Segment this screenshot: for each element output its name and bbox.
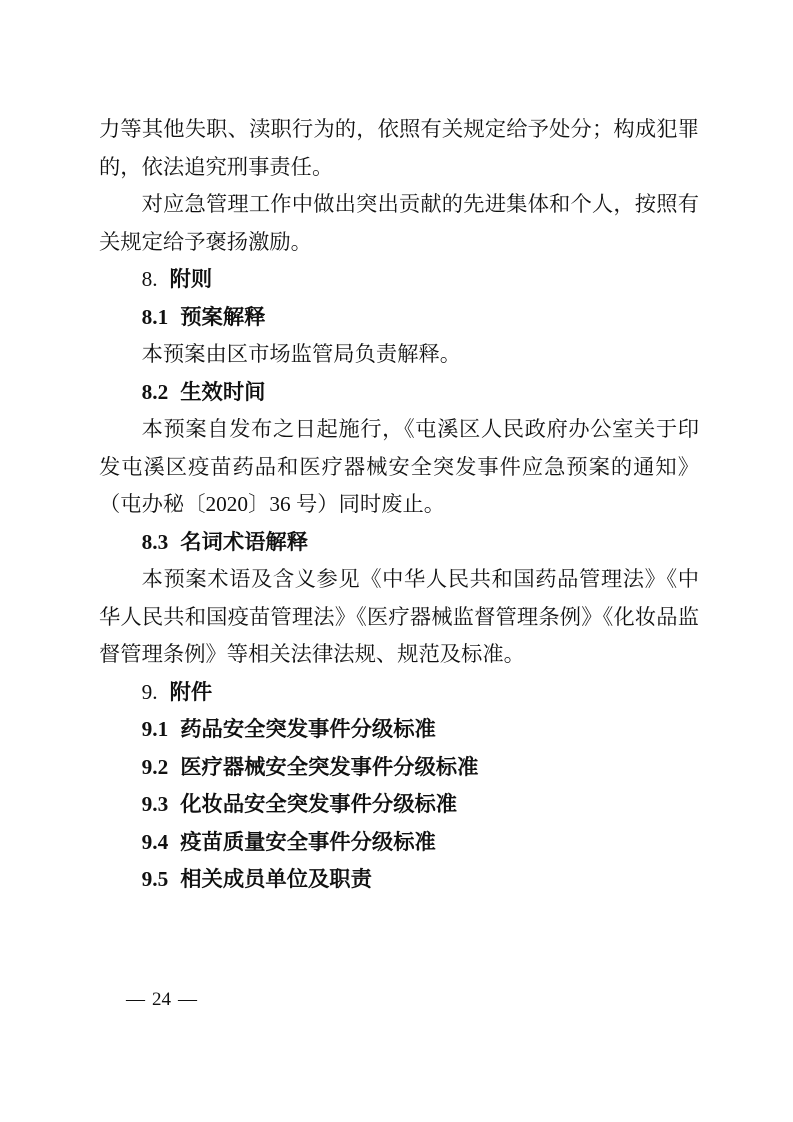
- attachment-9-1-title: 药品安全突发事件分级标准: [180, 717, 436, 741]
- paragraph-effective-date: 本预案自发布之日起施行，《屯溪区人民政府办公室关于印发屯溪区疫苗药品和医疗器械安…: [99, 411, 699, 524]
- attachment-9-5-title: 相关成员单位及职责: [180, 867, 372, 891]
- attachment-9-2-title: 医疗器械安全突发事件分级标准: [180, 755, 478, 779]
- attachment-9-2-number: 9.2: [142, 755, 169, 779]
- document-page: 力等其他失职、渎职行为的，依照有关规定给予处分；构成犯罪的，依法追究刑事责任。 …: [0, 0, 793, 1122]
- page-number: 24: [152, 989, 171, 1010]
- section-8-number: 8.: [142, 267, 158, 291]
- attachment-heading-9-4: 9.4疫苗质量安全事件分级标准: [99, 824, 699, 862]
- section-heading-8: 8.附则: [99, 261, 699, 299]
- subsection-8-1-title: 预案解释: [180, 305, 265, 329]
- subsection-8-2-number: 8.2: [142, 380, 169, 404]
- attachment-9-4-title: 疫苗质量安全事件分级标准: [180, 830, 436, 854]
- attachment-heading-9-5: 9.5相关成员单位及职责: [99, 861, 699, 899]
- paragraph-commendation: 对应急管理工作中做出突出贡献的先进集体和个人，按照有关规定给予褒扬激励。: [99, 186, 699, 261]
- subsection-heading-8-3: 8.3名词术语解释: [99, 524, 699, 562]
- paragraph-terminology: 本预案术语及含义参见《中华人民共和国药品管理法》《中华人民共和国疫苗管理法》《医…: [99, 561, 699, 674]
- section-9-number: 9.: [142, 680, 158, 704]
- attachment-9-1-number: 9.1: [142, 717, 169, 741]
- attachment-9-4-number: 9.4: [142, 830, 169, 854]
- attachment-heading-9-2: 9.2医疗器械安全突发事件分级标准: [99, 749, 699, 787]
- page-footer: —24—: [126, 988, 197, 1012]
- section-9-title: 附件: [170, 680, 213, 704]
- section-8-title: 附则: [170, 267, 213, 291]
- paragraph-plan-interpretation: 本预案由区市场监管局负责解释。: [99, 336, 699, 374]
- subsection-heading-8-1: 8.1预案解释: [99, 299, 699, 337]
- attachment-heading-9-3: 9.3化妆品安全突发事件分级标准: [99, 786, 699, 824]
- document-body: 力等其他失职、渎职行为的，依照有关规定给予处分；构成犯罪的，依法追究刑事责任。 …: [99, 111, 699, 899]
- subsection-8-2-title: 生效时间: [180, 380, 265, 404]
- attachment-heading-9-1: 9.1药品安全突发事件分级标准: [99, 711, 699, 749]
- section-heading-9: 9.附件: [99, 674, 699, 712]
- footer-dash-right: —: [178, 989, 197, 1010]
- subsection-8-1-number: 8.1: [142, 305, 169, 329]
- attachment-9-3-number: 9.3: [142, 792, 169, 816]
- attachment-9-5-number: 9.5: [142, 867, 169, 891]
- attachment-9-3-title: 化妆品安全突发事件分级标准: [180, 792, 457, 816]
- subsection-8-3-number: 8.3: [142, 530, 169, 554]
- subsection-8-3-title: 名词术语解释: [180, 530, 308, 554]
- paragraph-penalty-continuation: 力等其他失职、渎职行为的，依照有关规定给予处分；构成犯罪的，依法追究刑事责任。: [99, 111, 699, 186]
- footer-dash-left: —: [126, 989, 145, 1010]
- subsection-heading-8-2: 8.2生效时间: [99, 374, 699, 412]
